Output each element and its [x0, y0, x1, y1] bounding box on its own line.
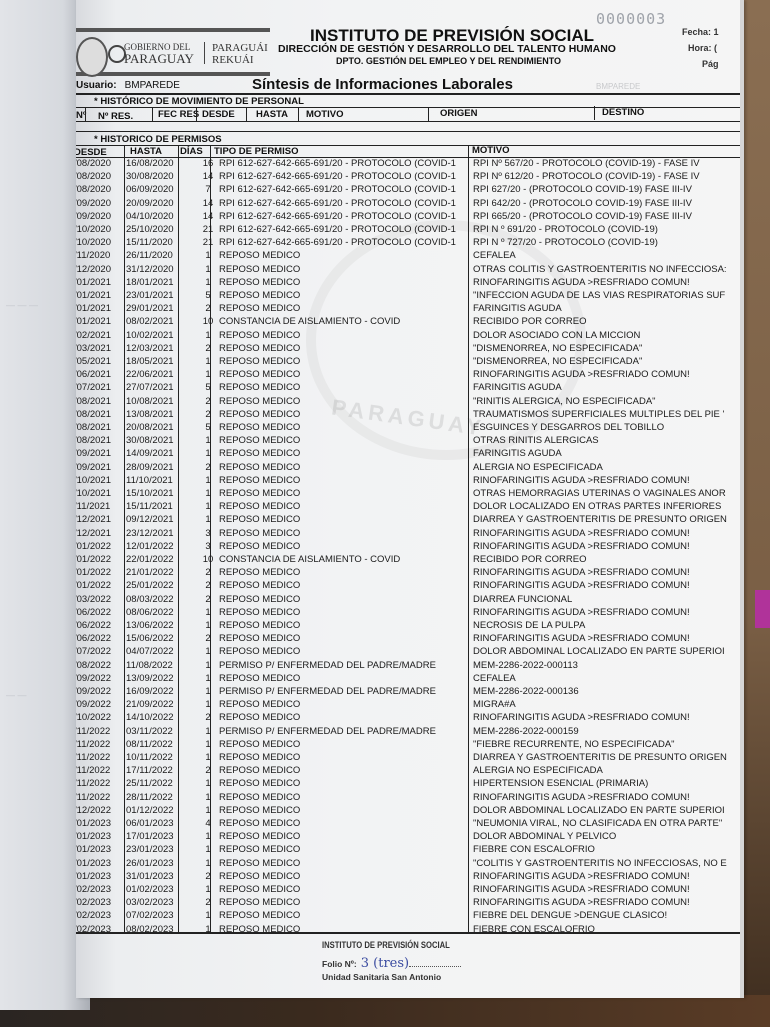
cell-desde: /09/2022 [76, 673, 122, 684]
cell-motivo: FIEBRE CON ESCALOFRIO [473, 844, 741, 855]
cell-hasta: 31/12/2020 [126, 264, 194, 275]
desk-edge [0, 995, 770, 1027]
cell-motivo: DIARREA Y GASTROENTERITIS DE PRESUNTO OR… [473, 752, 741, 763]
table-row: /01/202129/01/20212REPOSO MEDICOFARINGIT… [76, 303, 744, 316]
cell-motivo: RINOFARINGITIS AGUDA >RESFRIADO COMUN! [473, 528, 741, 539]
header-rule [76, 28, 270, 32]
table-row: /11/202225/11/20221REPOSO MEDICOHIPERTEN… [76, 778, 744, 791]
title-underline [76, 93, 744, 95]
cell-hasta: 08/06/2022 [126, 607, 194, 618]
col-permiso-hasta: HASTA [130, 146, 162, 157]
cell-dias: 1 [198, 752, 218, 763]
cell-motivo: OTRAS RINITIS ALERGICAS [473, 435, 741, 446]
cell-tipo-permiso: REPOSO MEDICO [219, 330, 471, 341]
col-fec-res: FEC RES [158, 109, 199, 120]
cell-desde: /09/2022 [76, 686, 122, 697]
col-permiso-tipo: TIPO DE PERMISO [214, 146, 298, 157]
cell-desde: /08/2021 [76, 422, 122, 433]
cell-tipo-permiso: PERMISO P/ ENFERMEDAD DEL PADRE/MADRE [219, 686, 471, 697]
table-row: /01/202123/01/20215REPOSO MEDICO"INFECCI… [76, 290, 744, 303]
cell-tipo-permiso: REPOSO MEDICO [219, 778, 471, 789]
cell-desde: /08/2020 [76, 184, 122, 195]
table-row: /09/202128/09/20212REPOSO MEDICOALERGIA … [76, 462, 744, 475]
cell-motivo: MIGRA#A [473, 699, 741, 710]
cell-hasta: 25/11/2022 [126, 778, 194, 789]
table-row: /11/202217/11/20222REPOSO MEDICOALERGIA … [76, 765, 744, 778]
cell-motivo: RPI Nº 612/20 - PROTOCOLO (COVID-19) - F… [473, 171, 741, 182]
cell-dias: 1 [198, 264, 218, 275]
cell-motivo: FIEBRE DEL DENGUE >DENGUE CLASICO! [473, 910, 741, 921]
cell-dias: 21 [198, 224, 218, 235]
cell-tipo-permiso: REPOSO MEDICO [219, 620, 471, 631]
cell-hasta: 12/01/2022 [126, 541, 194, 552]
table-row: /10/202115/10/20211REPOSO MEDICOOTRAS HE… [76, 488, 744, 501]
table-row: /11/202228/11/20221REPOSO MEDICORINOFARI… [76, 792, 744, 805]
cell-hasta: 01/02/2023 [126, 884, 194, 895]
cell-tipo-permiso: REPOSO MEDICO [219, 607, 471, 618]
cell-desde: /07/2021 [76, 382, 122, 393]
fecha-label: Fecha: 1 [682, 27, 719, 37]
gobierno-logo: GOBIERNO DEL PARAGUAY [124, 42, 194, 64]
cell-motivo: RINOFARINGITIS AGUDA >RESFRIADO COMUN! [473, 792, 741, 803]
cell-dias: 5 [198, 422, 218, 433]
cell-tipo-permiso: REPOSO MEDICO [219, 369, 471, 380]
cell-motivo: ALERGIA NO ESPECIFICADA [473, 765, 741, 776]
cell-motivo: RPI 627/20 - (PROTOCOLO COVID-19) FASE I… [473, 184, 741, 195]
logo-gov-line2: PARAGUAY [124, 53, 194, 64]
divider [76, 121, 744, 122]
cell-motivo: MEM-2286-2022-000113 [473, 660, 741, 671]
table-row: /01/202323/01/20231REPOSO MEDICOFIEBRE C… [76, 844, 744, 857]
cell-motivo: RINOFARINGITIS AGUDA >RESFRIADO COMUN! [473, 897, 741, 908]
cell-hasta: 04/07/2022 [126, 646, 194, 657]
cell-motivo: RPI Nº 567/20 - PROTOCOLO (COVID-19) - F… [473, 158, 741, 169]
table-row: /01/202317/01/20231REPOSO MEDICODOLOR AB… [76, 831, 744, 844]
cell-hasta: 16/08/2020 [126, 158, 194, 169]
cell-tipo-permiso: REPOSO MEDICO [219, 712, 471, 723]
cell-tipo-permiso: REPOSO MEDICO [219, 475, 471, 486]
cell-desde: /01/2021 [76, 316, 122, 327]
table-row: /07/202127/07/20215REPOSO MEDICOFARINGIT… [76, 382, 744, 395]
cell-dias: 2 [198, 343, 218, 354]
col-permiso-motivo: MOTIVO [472, 145, 509, 156]
cell-desde: /09/2021 [76, 462, 122, 473]
cell-desde: /11/2022 [76, 739, 122, 750]
cell-hasta: 30/08/2020 [126, 171, 194, 182]
usuario-value: BMPAREDE [125, 80, 180, 91]
cell-hasta: 01/12/2022 [126, 805, 194, 816]
cell-desde: /02/2021 [76, 330, 122, 341]
cell-tipo-permiso: REPOSO MEDICO [219, 250, 471, 261]
cell-tipo-permiso: REPOSO MEDICO [219, 462, 471, 473]
cell-dias: 2 [198, 409, 218, 420]
usuario-label: Usuario: [76, 80, 117, 91]
table-row: /08/202006/09/20207RPI 612-627-642-665-6… [76, 184, 744, 197]
cell-motivo: HIPERTENSION ESENCIAL (PRIMARIA) [473, 778, 741, 789]
cell-motivo: DOLOR ABDOMINAL LOCALIZADO EN PARTE SUPE… [473, 646, 741, 657]
cell-dias: 1 [198, 488, 218, 499]
cell-motivo: DIARREA FUNCIONAL [473, 594, 741, 605]
cell-desde: /09/2020 [76, 198, 122, 209]
cell-tipo-permiso: REPOSO MEDICO [219, 422, 471, 433]
cell-dias: 1 [198, 673, 218, 684]
cell-tipo-permiso: REPOSO MEDICO [219, 633, 471, 644]
cell-hasta: 09/12/2021 [126, 514, 194, 525]
cell-dias: 1 [198, 805, 218, 816]
cell-dias: 1 [198, 514, 218, 525]
cell-tipo-permiso: REPOSO MEDICO [219, 646, 471, 657]
cell-tipo-permiso: REPOSO MEDICO [219, 818, 471, 829]
cell-hasta: 23/01/2023 [126, 844, 194, 855]
cell-desde: /12/2021 [76, 528, 122, 539]
cell-tipo-permiso: REPOSO MEDICO [219, 356, 471, 367]
cell-desde: /02/2023 [76, 897, 122, 908]
cell-motivo: "NEUMONIA VIRAL, NO CLASIFICADA EN OTRA … [473, 818, 741, 829]
cell-hasta: 14/10/2022 [126, 712, 194, 723]
cell-desde: /01/2022 [76, 554, 122, 565]
cell-motivo: "FIEBRE RECURRENTE, NO ESPECIFICADA" [473, 739, 741, 750]
cell-dias: 2 [198, 633, 218, 644]
table-row: /01/202331/01/20232REPOSO MEDICORINOFARI… [76, 871, 744, 884]
table-row: /12/202123/12/20213REPOSO MEDICORINOFARI… [76, 528, 744, 541]
cell-hasta: 27/07/2021 [126, 382, 194, 393]
cell-motivo: RPI N º 691/20 - PROTOCOLO (COVID-19) [473, 224, 741, 235]
cell-hasta: 04/10/2020 [126, 211, 194, 222]
cell-desde: /09/2022 [76, 699, 122, 710]
usuario-field: Usuario:BMPAREDE [76, 80, 180, 91]
cell-tipo-permiso: RPI 612-627-642-665-691/20 - PROTOCOLO (… [219, 198, 471, 209]
cell-motivo: FARINGITIS AGUDA [473, 448, 741, 459]
footer-unit: Unidad Sanitaria San Antonio [322, 972, 441, 982]
cell-desde: /01/2022 [76, 567, 122, 578]
cell-dias: 2 [198, 567, 218, 578]
cell-tipo-permiso: REPOSO MEDICO [219, 448, 471, 459]
cell-motivo: RPI 665/20 - (PROTOCOLO COVID-19) FASE I… [473, 211, 741, 222]
cell-motivo: RINOFARINGITIS AGUDA >RESFRIADO COMUN! [473, 567, 741, 578]
cell-motivo: RINOFARINGITIS AGUDA >RESFRIADO COMUN! [473, 580, 741, 591]
cell-motivo: NECROSIS DE LA PULPA [473, 620, 741, 631]
cell-dias: 4 [198, 818, 218, 829]
logo-separator [204, 42, 205, 64]
table-row: /01/202212/01/20223REPOSO MEDICORINOFARI… [76, 541, 744, 554]
col-permiso-dias: DÍAS [180, 146, 203, 157]
table-row: /06/202208/06/20221REPOSO MEDICORINOFARI… [76, 607, 744, 620]
cell-tipo-permiso: REPOSO MEDICO [219, 567, 471, 578]
cell-dias: 1 [198, 792, 218, 803]
table-row: /02/202301/02/20231REPOSO MEDICORINOFARI… [76, 884, 744, 897]
cell-dias: 1 [198, 884, 218, 895]
cell-hasta: 13/09/2022 [126, 673, 194, 684]
cell-dias: 2 [198, 396, 218, 407]
cell-tipo-permiso: REPOSO MEDICO [219, 884, 471, 895]
cell-desde: /01/2021 [76, 303, 122, 314]
cell-hasta: 30/08/2021 [126, 435, 194, 446]
cell-tipo-permiso: REPOSO MEDICO [219, 580, 471, 591]
serial-number: 0000003 [596, 10, 666, 28]
cell-hasta: 10/02/2021 [126, 330, 194, 341]
cell-motivo: ESGUINCES Y DESGARROS DEL TOBILLO [473, 422, 741, 433]
cell-motivo: ALERGIA NO ESPECIFICADA [473, 462, 741, 473]
cell-dias: 2 [198, 580, 218, 591]
cell-motivo: RINOFARINGITIS AGUDA >RESFRIADO COMUN! [473, 475, 741, 486]
cell-dias: 1 [198, 501, 218, 512]
table-row: /08/202211/08/20221PERMISO P/ ENFERMEDAD… [76, 660, 744, 673]
cell-dias: 2 [198, 871, 218, 882]
cell-dias: 14 [198, 211, 218, 222]
cell-desde: /10/2022 [76, 712, 122, 723]
cell-hasta: 07/02/2023 [126, 910, 194, 921]
divider [76, 145, 744, 146]
table-row: /07/202204/07/20221REPOSO MEDICODOLOR AB… [76, 646, 744, 659]
cell-dias: 2 [198, 765, 218, 776]
cell-dias: 16 [198, 158, 218, 169]
cell-hasta: 22/06/2021 [126, 369, 194, 380]
cell-desde: /01/2023 [76, 818, 122, 829]
table-row: /08/202113/08/20212REPOSO MEDICOTRAUMATI… [76, 409, 744, 422]
hora-label: Hora: ( [688, 43, 717, 53]
col-hasta: HASTA [256, 109, 288, 120]
logo-rekuai-line1: PARAGUÁI [212, 42, 268, 54]
cell-hasta: 08/03/2022 [126, 594, 194, 605]
cell-desde: /10/2021 [76, 475, 122, 486]
table-row: /01/202225/01/20222REPOSO MEDICORINOFARI… [76, 580, 744, 593]
cell-tipo-permiso: REPOSO MEDICO [219, 792, 471, 803]
cell-motivo: "INFECCION AGUDA DE LAS VIAS RESPIRATORI… [473, 290, 741, 301]
cell-desde: /10/2020 [76, 237, 122, 248]
cell-dias: 1 [198, 356, 218, 367]
cell-motivo: RINOFARINGITIS AGUDA >RESFRIADO COMUN! [473, 277, 741, 288]
cell-hasta: 28/09/2021 [126, 462, 194, 473]
divider [76, 131, 744, 132]
cell-hasta: 22/01/2022 [126, 554, 194, 565]
cell-tipo-permiso: RPI 612-627-642-665-691/20 - PROTOCOLO (… [219, 224, 471, 235]
cell-tipo-permiso: REPOSO MEDICO [219, 514, 471, 525]
col-origen: ORIGEN [440, 108, 477, 119]
cell-dias: 1 [198, 330, 218, 341]
cell-dias: 2 [198, 462, 218, 473]
cell-motivo: CEFALEA [473, 250, 741, 261]
cell-dias: 1 [198, 910, 218, 921]
movimiento-section-title: * HISTÓRICO DE MOVIMIENTO DE PERSONAL [94, 96, 304, 107]
cell-hasta: 06/01/2023 [126, 818, 194, 829]
cell-motivo: "RINITIS ALERGICA, NO ESPECIFICADA" [473, 396, 741, 407]
cell-motivo: DOLOR LOCALIZADO EN OTRAS PARTES INFERIO… [473, 501, 741, 512]
cell-dias: 1 [198, 778, 218, 789]
cell-hasta: 15/11/2020 [126, 237, 194, 248]
cell-desde: /11/2022 [76, 726, 122, 737]
cell-motivo: DOLOR ABDOMINAL Y PELVICO [473, 831, 741, 842]
cell-hasta: 03/02/2023 [126, 897, 194, 908]
cell-dias: 2 [198, 712, 218, 723]
cell-desde: /01/2021 [76, 277, 122, 288]
department-subtitle: DPTO. GESTIÓN DEL EMPLEO Y DEL RENDIMIEN… [336, 56, 561, 66]
cell-desde: /08/2022 [76, 660, 122, 671]
cell-desde: /12/2020 [76, 264, 122, 275]
col-desde: DESDE [202, 109, 235, 120]
cell-desde: /11/2022 [76, 765, 122, 776]
cell-dias: 5 [198, 290, 218, 301]
table-row: /01/202222/01/202210CONSTANCIA DE AISLAM… [76, 554, 744, 567]
cell-hasta: 25/01/2022 [126, 580, 194, 591]
cell-desde: /12/2022 [76, 805, 122, 816]
divider [196, 107, 197, 121]
cell-motivo: RINOFARINGITIS AGUDA >RESFRIADO COMUN! [473, 369, 741, 380]
logo-rekuai-line2: REKUÁI [212, 54, 268, 66]
cell-dias: 1 [198, 277, 218, 288]
footer-folio: Folio Nº:3 (tres) [322, 956, 461, 971]
cell-motivo: RECIBIDO POR CORREO [473, 316, 741, 327]
cell-desde: /01/2023 [76, 844, 122, 855]
cell-tipo-permiso: RPI 612-627-642-665-691/20 - PROTOCOLO (… [219, 158, 471, 169]
table-row: /11/202208/11/20221REPOSO MEDICO"FIEBRE … [76, 739, 744, 752]
cell-desde: /06/2022 [76, 620, 122, 631]
cell-desde: /11/2022 [76, 778, 122, 789]
cell-tipo-permiso: REPOSO MEDICO [219, 844, 471, 855]
col-motivo: MOTIVO [306, 109, 343, 120]
cell-dias: 1 [198, 620, 218, 631]
cell-hasta: 20/09/2020 [126, 198, 194, 209]
cell-dias: 1 [198, 686, 218, 697]
cell-motivo: FARINGITIS AGUDA [473, 303, 741, 314]
cell-motivo: FARINGITIS AGUDA [473, 382, 741, 393]
cell-desde: /02/2023 [76, 884, 122, 895]
table-row: /02/202307/02/20231REPOSO MEDICOFIEBRE D… [76, 910, 744, 923]
table-row: /01/202221/01/20222REPOSO MEDICORINOFARI… [76, 567, 744, 580]
cell-tipo-permiso: REPOSO MEDICO [219, 871, 471, 882]
table-row: /06/202215/06/20222REPOSO MEDICORINOFARI… [76, 633, 744, 646]
cell-dias: 1 [198, 726, 218, 737]
cell-hasta: 18/01/2021 [126, 277, 194, 288]
cell-tipo-permiso: REPOSO MEDICO [219, 435, 471, 446]
cell-tipo-permiso: REPOSO MEDICO [219, 673, 471, 684]
cell-dias: 1 [198, 607, 218, 618]
cell-tipo-permiso: CONSTANCIA DE AISLAMIENTO - COVID [219, 554, 471, 565]
cell-motivo: OTRAS COLITIS Y GASTROENTERITIS NO INFEC… [473, 264, 741, 275]
cell-hasta: 31/01/2023 [126, 871, 194, 882]
cell-motivo: DOLOR ABDOMINAL LOCALIZADO EN PARTE SUPE… [473, 805, 741, 816]
cell-dias: 10 [198, 316, 218, 327]
cell-motivo: "DISMENORREA, NO ESPECIFICADA" [473, 343, 741, 354]
pagina-label: Pág [702, 59, 719, 69]
cell-dias: 21 [198, 237, 218, 248]
table-row: /10/202214/10/20222REPOSO MEDICORINOFARI… [76, 712, 744, 725]
col-destino: DESTINO [602, 107, 644, 118]
cell-dias: 2 [198, 594, 218, 605]
cell-tipo-permiso: RPI 612-627-642-665-691/20 - PROTOCOLO (… [219, 211, 471, 222]
divider [428, 107, 429, 121]
table-row: /09/202216/09/20221PERMISO P/ ENFERMEDAD… [76, 686, 744, 699]
cell-desde: /03/2021 [76, 343, 122, 354]
cell-tipo-permiso: RPI 612-627-642-665-691/20 - PROTOCOLO (… [219, 237, 471, 248]
cell-hasta: 15/10/2021 [126, 488, 194, 499]
cell-hasta: 21/09/2022 [126, 699, 194, 710]
divider [152, 107, 153, 121]
cell-desde: /08/2020 [76, 158, 122, 169]
cell-motivo: RINOFARINGITIS AGUDA >RESFRIADO COMUN! [473, 633, 741, 644]
divider [298, 107, 299, 121]
cell-hasta: 15/11/2021 [126, 501, 194, 512]
cell-tipo-permiso: REPOSO MEDICO [219, 594, 471, 605]
cell-dias: 1 [198, 369, 218, 380]
cell-desde: /01/2021 [76, 290, 122, 301]
table-row: /08/202120/08/20215REPOSO MEDICOESGUINCE… [76, 422, 744, 435]
cell-motivo: TRAUMATISMOS SUPERFICIALES MULTIPLES DEL… [473, 409, 741, 420]
bleed-through-text: — — — [6, 300, 38, 310]
cell-desde: /08/2021 [76, 396, 122, 407]
cell-motivo: DIARREA Y GASTROENTERITIS DE PRESUNTO OR… [473, 514, 741, 525]
cell-tipo-permiso: REPOSO MEDICO [219, 488, 471, 499]
divider [594, 106, 595, 120]
cell-desde: /08/2020 [76, 171, 122, 182]
cell-desde: /11/2022 [76, 752, 122, 763]
table-row: /09/202004/10/202014RPI 612-627-642-665-… [76, 211, 744, 224]
cell-hasta: 25/10/2020 [126, 224, 194, 235]
table-row: /09/202221/09/20221REPOSO MEDICOMIGRA#A [76, 699, 744, 712]
divider [85, 107, 86, 121]
cell-desde: /07/2022 [76, 646, 122, 657]
cell-dias: 2 [198, 303, 218, 314]
cell-desde: /11/2021 [76, 501, 122, 512]
cell-dias: 1 [198, 739, 218, 750]
bleed-through-text: — — [6, 690, 27, 700]
table-row: /12/202109/12/20211REPOSO MEDICODIARREA … [76, 514, 744, 527]
ips-seal-icon [76, 37, 108, 77]
table-row: /12/202201/12/20221REPOSO MEDICODOLOR AB… [76, 805, 744, 818]
table-row: /11/202203/11/20221PERMISO P/ ENFERMEDAD… [76, 726, 744, 739]
cell-motivo: RPI N º 727/20 - PROTOCOLO (COVID-19) [473, 237, 741, 248]
cell-desde: /01/2023 [76, 831, 122, 842]
cell-tipo-permiso: REPOSO MEDICO [219, 382, 471, 393]
cell-tipo-permiso: RPI 612-627-642-665-691/20 - PROTOCOLO (… [219, 184, 471, 195]
cell-dias: 14 [198, 198, 218, 209]
cell-desde: /06/2021 [76, 369, 122, 380]
cell-tipo-permiso: REPOSO MEDICO [219, 752, 471, 763]
cell-motivo: RINOFARINGITIS AGUDA >RESFRIADO COMUN! [473, 884, 741, 895]
cell-dias: 1 [198, 844, 218, 855]
cell-dias: 1 [198, 475, 218, 486]
cell-hasta: 08/02/2021 [126, 316, 194, 327]
cell-dias: 1 [198, 858, 218, 869]
rekuai-logo: PARAGUÁI REKUÁI [212, 42, 268, 66]
table-row: /03/202112/03/20212REPOSO MEDICO"DISMENO… [76, 343, 744, 356]
table-row: /10/202015/11/202021RPI 612-627-642-665-… [76, 237, 744, 250]
cell-motivo: DOLOR ASOCIADO CON LA MICCION [473, 330, 741, 341]
cell-hasta: 18/05/2021 [126, 356, 194, 367]
cell-desde: /01/2022 [76, 541, 122, 552]
cell-desde: /09/2020 [76, 211, 122, 222]
cell-dias: 1 [198, 646, 218, 657]
cell-dias: 5 [198, 382, 218, 393]
folio-dotted-line [409, 966, 461, 967]
table-row: /06/202122/06/20211REPOSO MEDICORINOFARI… [76, 369, 744, 382]
divider [246, 107, 247, 121]
cell-dias: 1 [198, 250, 218, 261]
cell-dias: 1 [198, 831, 218, 842]
cell-dias: 7 [198, 184, 218, 195]
cell-hasta: 20/08/2021 [126, 422, 194, 433]
cell-tipo-permiso: REPOSO MEDICO [219, 541, 471, 552]
cell-dias: 1 [198, 699, 218, 710]
cell-dias: 2 [198, 897, 218, 908]
header-rule [76, 72, 270, 76]
cell-tipo-permiso: REPOSO MEDICO [219, 409, 471, 420]
document-sheet: PARAGUAY 0000003 GOBIERNO DEL PARAGUAY P… [76, 0, 744, 998]
table-row: /02/202308/02/20231REPOSO MEDICOFIEBRE C… [76, 924, 744, 937]
cell-tipo-permiso: REPOSO MEDICO [219, 739, 471, 750]
cell-desde: /05/2021 [76, 356, 122, 367]
cell-hasta: 23/12/2021 [126, 528, 194, 539]
cell-tipo-permiso: REPOSO MEDICO [219, 303, 471, 314]
